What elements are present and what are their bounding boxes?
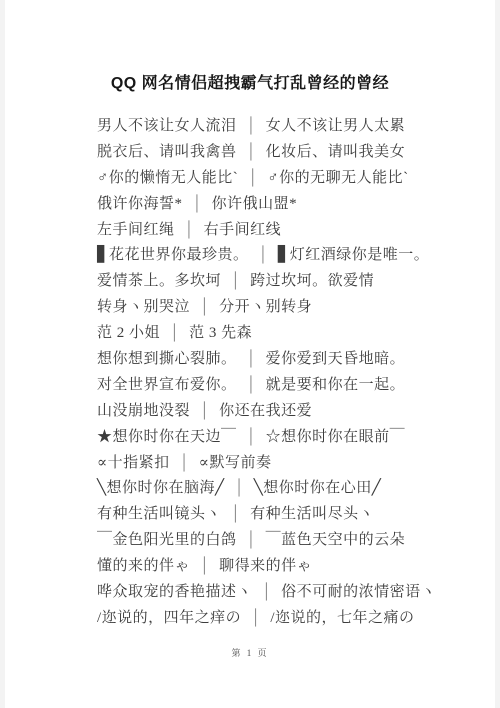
pair-right: 你还在我还爱 <box>219 403 312 419</box>
pair-left: 脱衣后、请叫我禽兽 <box>97 144 237 160</box>
pair-right: 俗不可耐的浓情密语ヽ <box>281 584 436 600</box>
nickname-pair-line: 懂的来的伴ゃ│聊得来的伴ゃ <box>97 554 500 580</box>
nickname-pairs-list: 男人不该让女人流泪│女人不该让男人太累脱衣后、请叫我禽兽│化妆后、请叫我美女♂你… <box>97 114 500 632</box>
pair-divider: │ <box>184 222 195 238</box>
nickname-pair-line: 哗众取宠的香艳描述ヽ│俗不可耐的浓情密语ヽ <box>97 580 500 606</box>
nickname-pair-line: 对全世界宣布爱你。│就是要和你在一起。 <box>97 373 500 399</box>
pair-left: 想你想到撕心裂肺。 <box>97 351 237 367</box>
pair-divider: │ <box>246 429 257 445</box>
pair-divider: │ <box>250 610 261 626</box>
pair-left: ♂你的懒惰无人能比` <box>97 170 238 186</box>
nickname-pair-line: ∝十指紧扣│∝默写前奏 <box>97 451 500 477</box>
pair-left: 有种生活叫镜头ヽ <box>97 506 221 522</box>
pair-left: 哗众取宠的香艳描述ヽ <box>97 584 252 600</box>
nickname-pair-line: 想你想到撕心裂肺。│爱你爱到天昏地暗。 <box>97 347 500 373</box>
pair-right: 就是要和你在一起。 <box>266 377 406 393</box>
document-page: QQ 网名情侣超拽霸气打乱曾经的曾经 男人不该让女人流泪│女人不该让男人太累脱衣… <box>0 0 500 632</box>
nickname-pair-line: ▋花花世界你最珍贵。│▋灯红酒绿你是唯一。 <box>97 243 500 269</box>
pair-right: 你许俄山盟* <box>212 196 298 212</box>
pair-divider: │ <box>192 196 203 212</box>
pair-divider: │ <box>234 480 245 496</box>
pair-right: /迩说的，七年之痛の <box>270 610 414 626</box>
pair-divider: │ <box>169 325 180 341</box>
pair-right: ▋灯红酒绿你是唯一。 <box>278 247 430 263</box>
pair-divider: │ <box>179 455 190 471</box>
pair-divider: │ <box>246 532 257 548</box>
pair-left: ★想你时你在天边￣ <box>97 429 237 445</box>
pair-left: 男人不该让女人流泪 <box>97 118 237 134</box>
pair-divider: │ <box>246 144 257 160</box>
pair-right: ♂你的无聊无人能比` <box>267 170 408 186</box>
pair-right: 右手间红线 <box>204 222 282 238</box>
page-number: 第 1 页 <box>0 646 500 659</box>
pair-divider: │ <box>230 273 241 289</box>
pair-divider: │ <box>199 299 210 315</box>
pair-left: ▋花花世界你最珍贵。 <box>97 247 249 263</box>
pair-right: 聊得来的伴ゃ <box>219 558 312 574</box>
pair-right: 跨过坎坷。欲爱情 <box>250 273 374 289</box>
pair-right: 化妆后、请叫我美女 <box>266 144 406 160</box>
nickname-pair-line: ￣金色阳光里的白鸽│￣蓝色天空中的云朵 <box>97 528 500 554</box>
pair-divider: │ <box>247 170 258 186</box>
nickname-pair-line: 山没崩地没裂│你还在我还爱 <box>97 399 500 425</box>
pair-divider: │ <box>258 247 269 263</box>
pair-right: 爱你爱到天昏地暗。 <box>266 351 406 367</box>
nickname-pair-line: 转身ヽ别哭泣│分开ヽ别转身 <box>97 295 500 321</box>
pair-left: 对全世界宣布爱你。 <box>97 377 237 393</box>
pair-left: ∝十指紧扣 <box>97 455 170 471</box>
nickname-pair-line: ╲想你时你在脑海╱│╲想你时你在心田╱ <box>97 476 500 502</box>
pair-divider: │ <box>199 403 210 419</box>
pair-divider: │ <box>246 351 257 367</box>
pair-right: ╲想你时你在心田╱ <box>254 480 382 496</box>
pair-left: 懂的来的伴ゃ <box>97 558 190 574</box>
pair-divider: │ <box>230 506 241 522</box>
page-edge-right <box>495 0 500 708</box>
pair-left: /迩说的，四年之痒の <box>97 610 241 626</box>
nickname-pair-line: 俄许你海誓*│你许俄山盟* <box>97 192 500 218</box>
nickname-pair-line: 左手间红绳│右手间红线 <box>97 218 500 244</box>
pair-right: 范 3 先森 <box>189 325 252 341</box>
pair-right: ☆想你时你在眼前￣ <box>266 429 406 445</box>
nickname-pair-line: 有种生活叫镜头ヽ│有种生活叫尽头ヽ <box>97 502 500 528</box>
pair-left: 俄许你海誓* <box>97 196 183 212</box>
page-edge-left <box>0 0 5 708</box>
nickname-pair-line: 爱情茶上。多坎坷│跨过坎坷。欲爱情 <box>97 269 500 295</box>
pair-left: 转身ヽ别哭泣 <box>97 299 190 315</box>
nickname-pair-line: 范 2 小姐│范 3 先森 <box>97 321 500 347</box>
pair-left: 范 2 小姐 <box>97 325 160 341</box>
pair-left: 左手间红绳 <box>97 222 175 238</box>
nickname-pair-line: 男人不该让女人流泪│女人不该让男人太累 <box>97 114 500 140</box>
pair-left: ￣金色阳光里的白鸽 <box>97 532 237 548</box>
nickname-pair-line: ★想你时你在天边￣│☆想你时你在眼前￣ <box>97 425 500 451</box>
pair-right: 分开ヽ别转身 <box>219 299 312 315</box>
pair-right: ∝默写前奏 <box>199 455 272 471</box>
pair-left: ╲想你时你在脑海╱ <box>97 480 225 496</box>
page-title: QQ 网名情侣超拽霸气打乱曾经的曾经 <box>0 0 500 93</box>
pair-divider: │ <box>261 584 272 600</box>
pair-right: 女人不该让男人太累 <box>266 118 406 134</box>
pair-left: 山没崩地没裂 <box>97 403 190 419</box>
pair-divider: │ <box>246 118 257 134</box>
pair-right: 有种生活叫尽头ヽ <box>250 506 374 522</box>
nickname-pair-line: ♂你的懒惰无人能比`│♂你的无聊无人能比` <box>97 166 500 192</box>
nickname-pair-line: /迩说的，四年之痒の│/迩说的，七年之痛の <box>97 606 500 632</box>
pair-divider: │ <box>246 377 257 393</box>
pair-right: ￣蓝色天空中的云朵 <box>266 532 406 548</box>
nickname-pair-line: 脱衣后、请叫我禽兽│化妆后、请叫我美女 <box>97 140 500 166</box>
pair-divider: │ <box>199 558 210 574</box>
pair-left: 爱情茶上。多坎坷 <box>97 273 221 289</box>
